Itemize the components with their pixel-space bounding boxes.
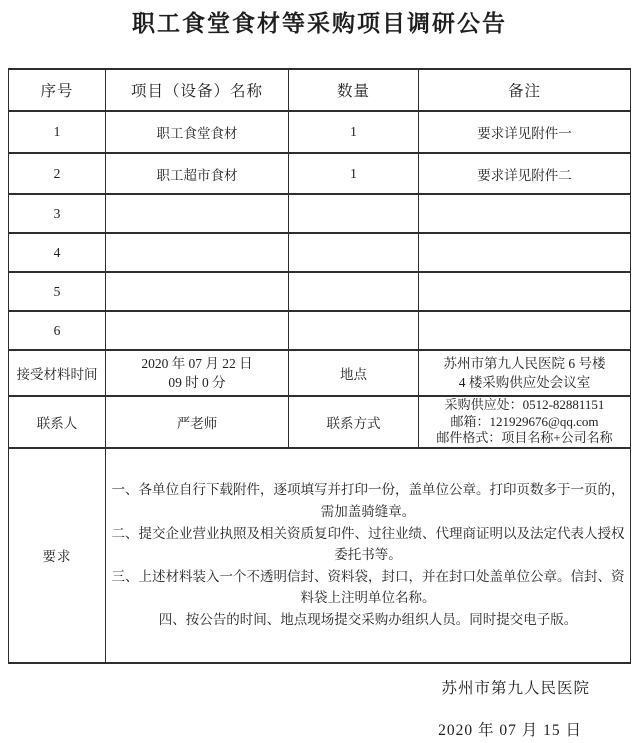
cell-name	[106, 194, 289, 233]
footer-date: 2020 年 07 月 15 日	[0, 718, 639, 740]
cell-note	[419, 194, 631, 233]
col-header-qty: 数量	[289, 69, 419, 111]
col-header-name: 项目（设备）名称	[106, 69, 289, 111]
signature: 苏州市第九人民医院	[0, 676, 639, 698]
cell-qty: 1	[289, 153, 419, 194]
cell-note	[419, 233, 631, 272]
requirements-label: 要求	[9, 448, 106, 663]
requirement-item: 三、上述材料装入一个不透明信封、资料袋，封口，并在封口处盖单位公章。信封、资料袋…	[108, 566, 628, 609]
cell-note: 要求详见附件一	[419, 111, 631, 153]
contact-method-label: 联系方式	[289, 396, 419, 448]
cell-seq: 1	[9, 111, 106, 153]
location-line1: 苏州市第九人民医院 6 号楼	[421, 354, 628, 373]
cell-name	[106, 233, 289, 272]
requirement-item: 四、按公告的时间、地点现场提交采购办组织人员。同时提交电子版。	[108, 609, 628, 631]
cell-name: 职工食堂食材	[106, 111, 289, 153]
location-value: 苏州市第九人民医院 6 号楼 4 楼采购供应处会议室	[419, 350, 631, 396]
col-header-seq: 序号	[9, 69, 106, 111]
cell-seq: 5	[9, 272, 106, 311]
document-page: 职工食堂食材等采购项目调研公告 序号 项目（设备）名称 数量 备注 1 职工食堂…	[0, 0, 639, 743]
cell-note	[419, 272, 631, 311]
table-row: 3	[9, 194, 631, 233]
page-title: 职工食堂食材等采购项目调研公告	[0, 0, 639, 68]
table-row: 4	[9, 233, 631, 272]
contact-label: 联系人	[9, 396, 106, 448]
cell-seq: 2	[9, 153, 106, 194]
cell-name: 职工超市食材	[106, 153, 289, 194]
accept-time-line1: 2020 年 07 月 22 日	[108, 354, 286, 373]
contact-name: 严老师	[106, 396, 289, 448]
contact-row: 联系人 严老师 联系方式 采购供应处：0512-82881151 邮箱：1219…	[9, 396, 631, 448]
cell-name	[106, 272, 289, 311]
cell-note: 要求详见附件二	[419, 153, 631, 194]
requirements-content: 一、各单位自行下载附件，逐项填写并打印一份，盖单位公章。打印页数多于一页的，需加…	[106, 448, 631, 663]
cell-qty: 1	[289, 111, 419, 153]
requirements-row: 要求 一、各单位自行下载附件，逐项填写并打印一份，盖单位公章。打印页数多于一页的…	[9, 448, 631, 663]
table-row: 1 职工食堂食材 1 要求详见附件一	[9, 111, 631, 153]
cell-seq: 6	[9, 311, 106, 350]
cell-qty	[289, 311, 419, 350]
contact-phone: 采购供应处：0512-82881151	[421, 397, 628, 414]
table-row: 6	[9, 311, 631, 350]
accept-time-label: 接受材料时间	[9, 350, 106, 396]
contact-method-value: 采购供应处：0512-82881151 邮箱：121929676@qq.com …	[419, 396, 631, 448]
requirement-item: 二、提交企业营业执照及相关资质复印件、过往业绩、代理商证明以及法定代表人授权委托…	[108, 523, 628, 566]
cell-qty	[289, 233, 419, 272]
cell-seq: 4	[9, 233, 106, 272]
location-label: 地点	[289, 350, 419, 396]
accept-time-value: 2020 年 07 月 22 日 09 时 0 分	[106, 350, 289, 396]
col-header-note: 备注	[419, 69, 631, 111]
table-row: 2 职工超市食材 1 要求详见附件二	[9, 153, 631, 194]
cell-qty	[289, 194, 419, 233]
table-row: 5	[9, 272, 631, 311]
table-header-row: 序号 项目（设备）名称 数量 备注	[9, 69, 631, 111]
contact-email-format: 邮件格式：项目名称+公司名称	[421, 430, 628, 447]
requirement-item: 一、各单位自行下载附件，逐项填写并打印一份，盖单位公章。打印页数多于一页的，需加…	[108, 479, 628, 522]
location-line2: 4 楼采购供应处会议室	[421, 373, 628, 392]
cell-qty	[289, 272, 419, 311]
cell-note	[419, 311, 631, 350]
accept-time-line2: 09 时 0 分	[108, 373, 286, 392]
cell-seq: 3	[9, 194, 106, 233]
procurement-table: 序号 项目（设备）名称 数量 备注 1 职工食堂食材 1 要求详见附件一 2 职…	[8, 68, 631, 664]
cell-name	[106, 311, 289, 350]
accept-time-row: 接受材料时间 2020 年 07 月 22 日 09 时 0 分 地点 苏州市第…	[9, 350, 631, 396]
contact-email: 邮箱：121929676@qq.com	[421, 414, 628, 431]
